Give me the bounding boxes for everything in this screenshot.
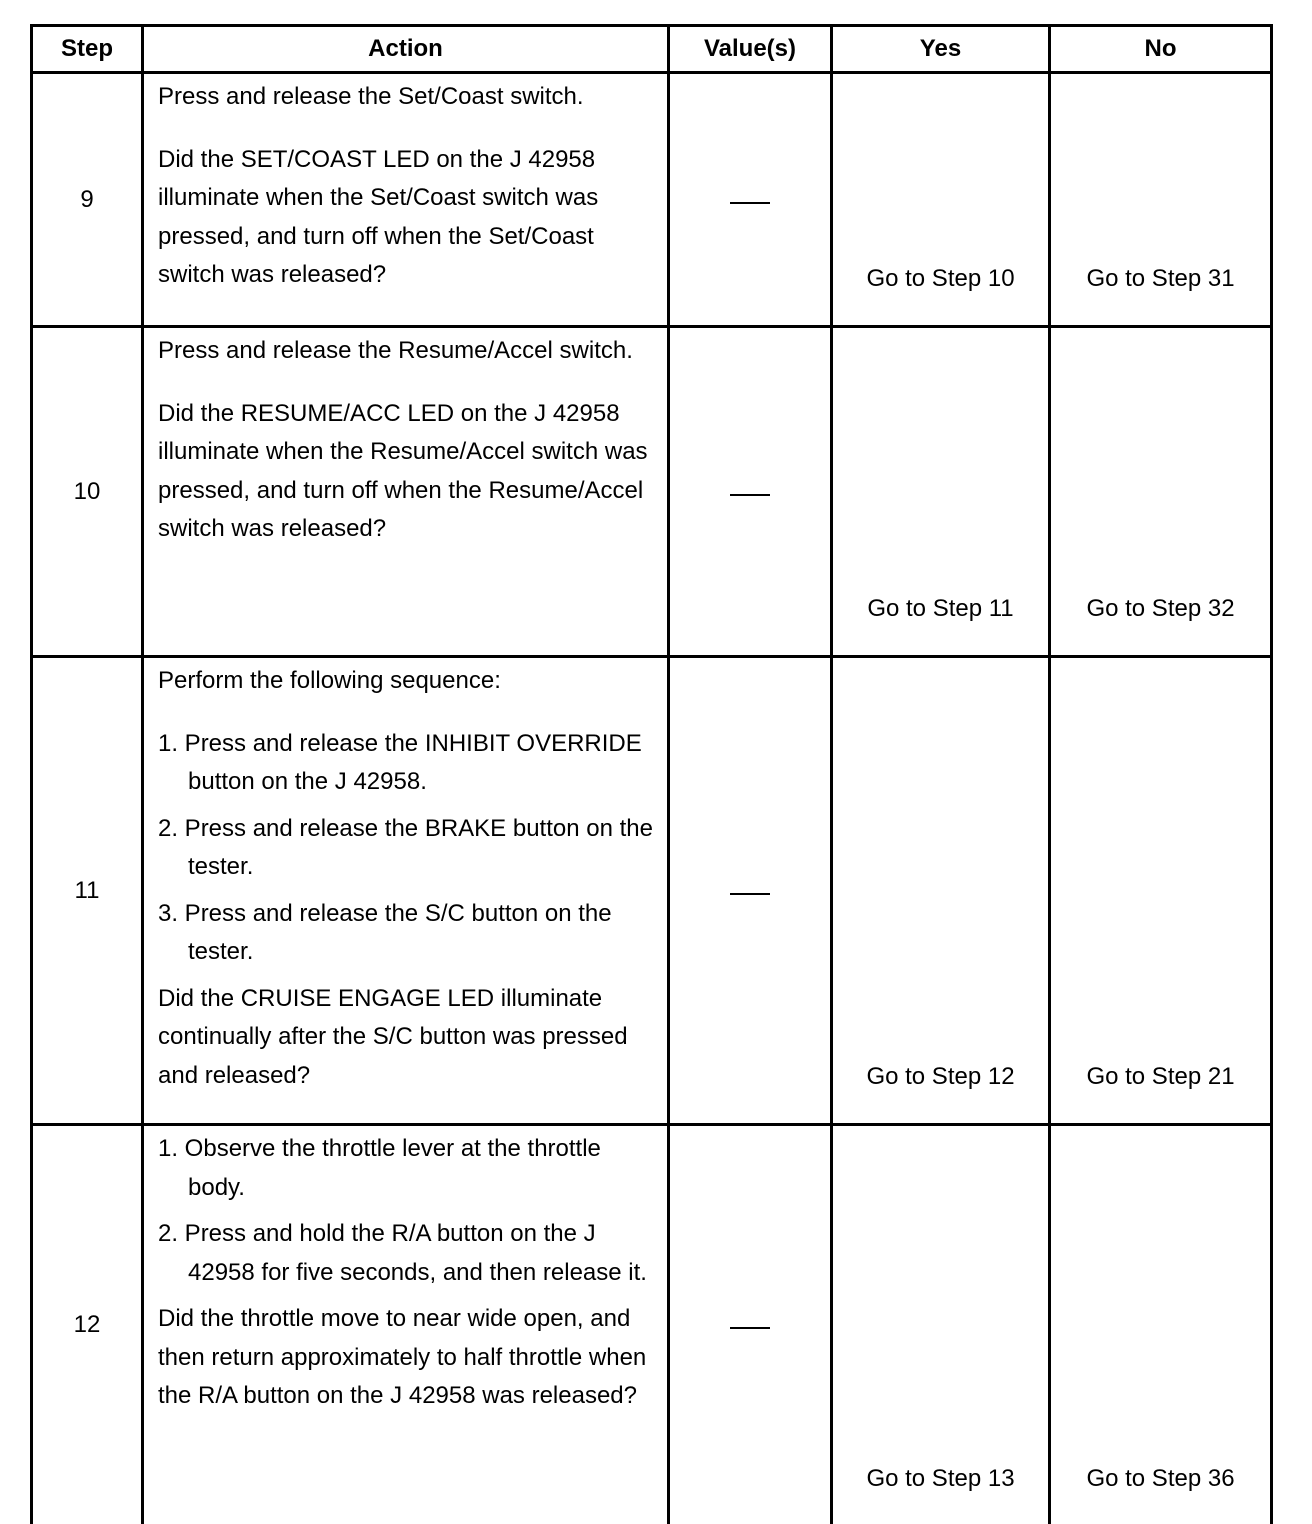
action-sequence-item: 1. Press and release the INHIBIT OVERRID…	[158, 725, 653, 802]
action-question: Did the CRUISE ENGAGE LED illuminate con…	[158, 980, 653, 1096]
yes-goto: Go to Step 10	[832, 73, 1050, 327]
no-value-dash	[730, 1327, 770, 1329]
header-step: Step	[32, 26, 143, 73]
value-cell	[669, 1125, 832, 1524]
step-number: 12	[32, 1125, 143, 1524]
no-goto: Go to Step 36	[1050, 1125, 1272, 1524]
action-cell: Press and release the Set/Coast switch.D…	[143, 73, 669, 327]
action-sequence-item: 2. Press and release the BRAKE button on…	[158, 810, 653, 887]
table-header-row: Step Action Value(s) Yes No	[32, 26, 1272, 73]
yes-goto: Go to Step 12	[832, 657, 1050, 1125]
action-sequence-item: 3. Press and release the S/C button on t…	[158, 895, 653, 972]
no-goto: Go to Step 31	[1050, 73, 1272, 327]
step-number: 9	[32, 73, 143, 327]
action-sequence-item: 1. Observe the throttle lever at the thr…	[158, 1130, 653, 1207]
action-intro: Press and release the Resume/Accel switc…	[158, 332, 653, 371]
action-sequence: 1. Observe the throttle lever at the thr…	[158, 1130, 653, 1292]
yes-goto: Go to Step 13	[832, 1125, 1050, 1524]
yes-goto: Go to Step 11	[832, 327, 1050, 657]
action-cell: 1. Observe the throttle lever at the thr…	[143, 1125, 669, 1524]
action-question: Did the throttle move to near wide open,…	[158, 1300, 653, 1416]
header-no: No	[1050, 26, 1272, 73]
step-number: 10	[32, 327, 143, 657]
no-value-dash	[730, 893, 770, 895]
action-sequence: 1. Press and release the INHIBIT OVERRID…	[158, 725, 653, 972]
action-question: Did the RESUME/ACC LED on the J 42958 il…	[158, 395, 653, 549]
action-intro: Press and release the Set/Coast switch.	[158, 78, 653, 117]
value-cell	[669, 657, 832, 1125]
table-row: 11Perform the following sequence:1. Pres…	[32, 657, 1272, 1125]
diagnostic-steps-table: Step Action Value(s) Yes No 9Press and r…	[30, 24, 1273, 1524]
action-question: Did the SET/COAST LED on the J 42958 ill…	[158, 141, 653, 295]
no-goto: Go to Step 21	[1050, 657, 1272, 1125]
action-intro: Perform the following sequence:	[158, 662, 653, 701]
action-cell: Perform the following sequence:1. Press …	[143, 657, 669, 1125]
no-value-dash	[730, 202, 770, 204]
header-values: Value(s)	[669, 26, 832, 73]
action-cell: Press and release the Resume/Accel switc…	[143, 327, 669, 657]
value-cell	[669, 327, 832, 657]
step-number: 11	[32, 657, 143, 1125]
action-sequence-item: 2. Press and hold the R/A button on the …	[158, 1215, 653, 1292]
value-cell	[669, 73, 832, 327]
table-row: 10Press and release the Resume/Accel swi…	[32, 327, 1272, 657]
table-row: 121. Observe the throttle lever at the t…	[32, 1125, 1272, 1524]
table-row: 9Press and release the Set/Coast switch.…	[32, 73, 1272, 327]
header-action: Action	[143, 26, 669, 73]
no-goto: Go to Step 32	[1050, 327, 1272, 657]
no-value-dash	[730, 494, 770, 496]
header-yes: Yes	[832, 26, 1050, 73]
